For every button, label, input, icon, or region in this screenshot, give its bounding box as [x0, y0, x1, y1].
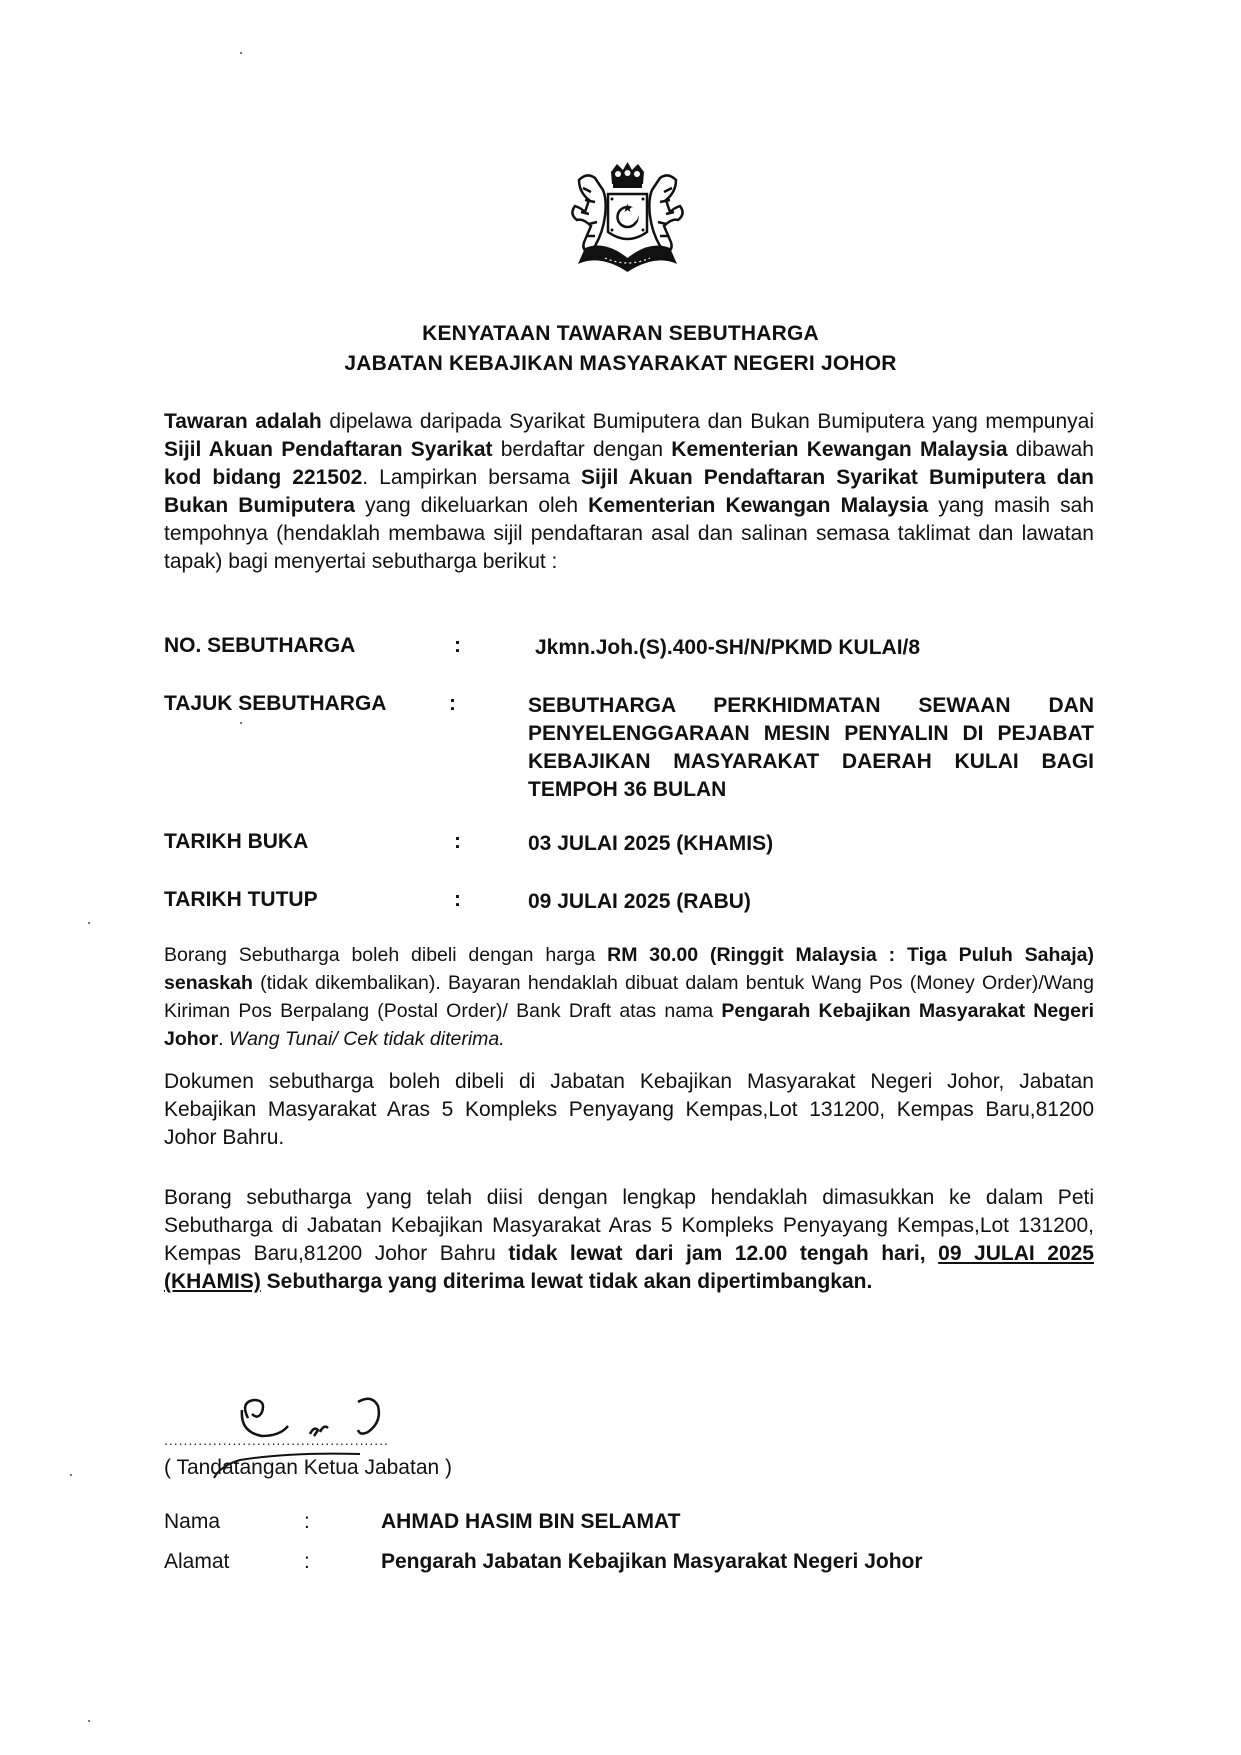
- scan-speck: [240, 722, 242, 724]
- detail-colon: :: [454, 634, 461, 658]
- signatory-name: AHMAD HASIM BIN SELAMAT: [381, 1510, 680, 1534]
- detail-label: TARIKH TUTUP: [164, 888, 318, 912]
- signature-line: ........................................…: [164, 1432, 389, 1448]
- detail-colon: :: [454, 830, 461, 854]
- name-colon: :: [304, 1510, 310, 1534]
- intro-bold-3: Kementerian Kewangan Malaysia: [671, 438, 1007, 461]
- intro-text-2: berdaftar dengan: [493, 438, 672, 461]
- document-title: KENYATAAN TAWARAN SEBUTHARGA: [0, 322, 1241, 346]
- address-colon: :: [304, 1550, 310, 1574]
- payment-paragraph: Borang Sebutharga boleh dibeli dengan ha…: [164, 941, 1094, 1053]
- intro-bold-2: Sijil Akuan Pendaftaran Syarikat: [164, 438, 493, 461]
- address-label: Alamat: [164, 1550, 229, 1574]
- scan-speck: [88, 1720, 90, 1722]
- detail-value: 09 JULAI 2025 (RABU): [528, 888, 1094, 916]
- intro-bold-1: Tawaran adalah: [164, 410, 322, 433]
- signatory-address: Pengarah Jabatan Kebajikan Masyarakat Ne…: [381, 1550, 923, 1574]
- payment-text-1: Borang Sebutharga boleh dibeli dengan ha…: [164, 944, 607, 966]
- johor-crest-icon: [565, 160, 690, 275]
- detail-value: 03 JULAI 2025 (KHAMIS): [528, 830, 1094, 858]
- detail-value: SEBUTHARGA PERKHIDMATAN SEWAAN DAN PENYE…: [528, 692, 1094, 804]
- intro-paragraph: Tawaran adalah dipelawa daripada Syarika…: [164, 408, 1094, 576]
- name-label: Nama: [164, 1510, 220, 1534]
- purchase-paragraph: Dokumen sebutharga boleh dibeli di Jabat…: [164, 1068, 1094, 1152]
- detail-colon: :: [449, 692, 456, 716]
- submission-warning: Sebutharga yang diterima lewat tidak aka…: [261, 1270, 873, 1293]
- intro-bold-6: Kementerian Kewangan Malaysia: [588, 494, 928, 517]
- department-title: JABATAN KEBAJIKAN MASYARAKAT NEGERI JOHO…: [0, 352, 1241, 376]
- detail-label: NO. SEBUTHARGA: [164, 634, 355, 658]
- intro-bold-4: kod bidang 221502: [164, 466, 362, 489]
- submission-paragraph: Borang sebutharga yang telah diisi denga…: [164, 1184, 1094, 1296]
- signature-stroke-icon: [210, 1450, 410, 1480]
- submission-deadline-time: tidak lewat dari jam 12.00 tengah hari,: [508, 1242, 938, 1265]
- scan-speck: [240, 52, 242, 54]
- intro-text-1: dipelawa daripada Syarikat Bumiputera da…: [322, 410, 1094, 433]
- scan-speck: [88, 922, 90, 924]
- document-page: KENYATAAN TAWARAN SEBUTHARGA JABATAN KEB…: [0, 0, 1241, 1755]
- detail-colon: :: [454, 888, 461, 912]
- intro-text-5: yang dikeluarkan oleh: [355, 494, 588, 517]
- intro-text-4: . Lampirkan bersama: [362, 466, 581, 489]
- detail-label: TAJUK SEBUTHARGA: [164, 692, 386, 716]
- detail-value: Jkmn.Joh.(S).400-SH/N/PKMD KULAI/8: [535, 634, 1101, 662]
- scan-speck: [70, 1474, 72, 1476]
- payment-note: Wang Tunai/ Cek tidak diterima.: [229, 1028, 505, 1050]
- payment-text-3: .: [218, 1028, 229, 1050]
- detail-label: TARIKH BUKA: [164, 830, 308, 854]
- intro-text-3: dibawah: [1008, 438, 1094, 461]
